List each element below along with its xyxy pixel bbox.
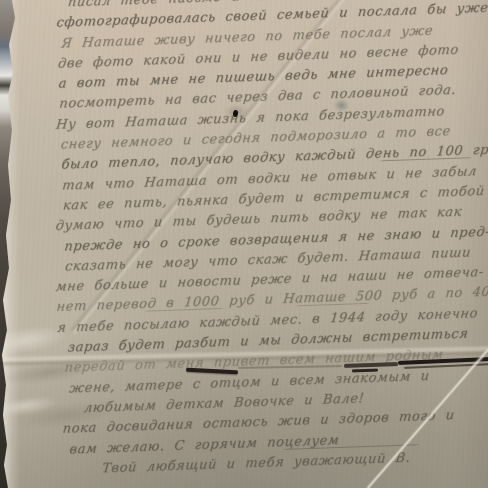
- ink-smudge: [331, 97, 352, 114]
- handwritten-text: писал тебе письмо и посылаю вам нашусфот…: [44, 0, 488, 481]
- letter-paper: писал тебе письмо и посылаю вам нашусфот…: [0, 0, 488, 488]
- photo-of-handwritten-letter: писал тебе письмо и посылаю вам нашусфот…: [0, 0, 488, 488]
